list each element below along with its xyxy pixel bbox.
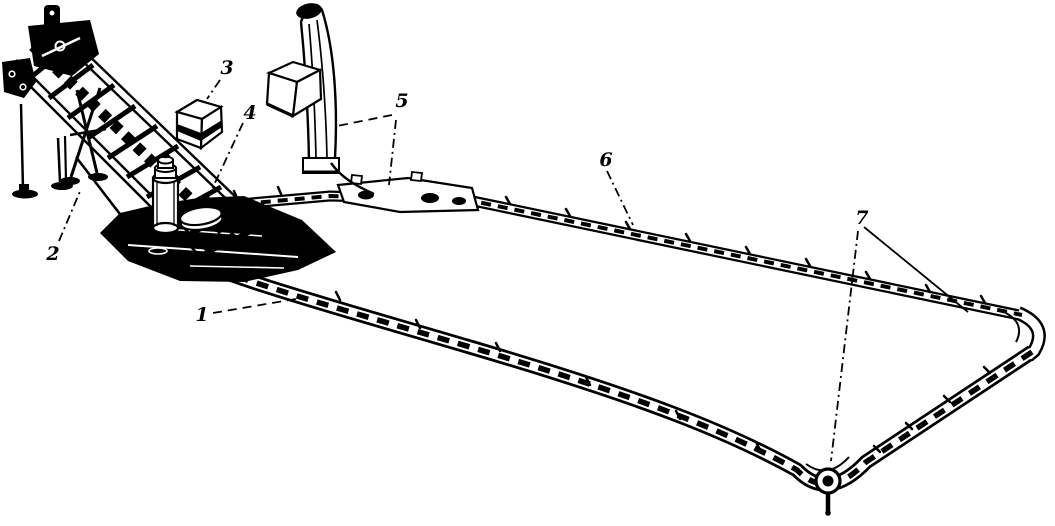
support-leg: [58, 138, 60, 182]
leader-line-5a: [337, 115, 392, 126]
leader-line-2: [59, 189, 81, 241]
cleat-tick: [984, 367, 990, 373]
cleat-tick: [336, 292, 340, 300]
callout-2: 2: [45, 189, 81, 265]
corner-wheel: [816, 469, 840, 516]
conveyor-diagram: 1 2 3 4 5 6 7: [0, 0, 1055, 526]
leader-line-6: [607, 171, 633, 225]
callout-label-4: 4: [243, 102, 256, 124]
callout-label-7: 7: [855, 207, 868, 229]
support-leg: [21, 104, 23, 189]
leader-line-7a: [864, 227, 968, 312]
incline-head: [2, 5, 99, 98]
leader-line-5b: [389, 120, 396, 185]
leader-line-7b: [831, 231, 858, 461]
callout-1: 1: [195, 299, 296, 326]
cleat-tick: [686, 234, 690, 241]
callout-label-3: 3: [220, 57, 233, 79]
corner-wheel-pin-foot: [825, 510, 831, 516]
tension-link: [421, 193, 439, 203]
foot-pad: [88, 173, 108, 181]
control-box: [177, 100, 222, 148]
cleat-tick: [806, 259, 810, 266]
callout-label-2: 2: [45, 243, 59, 265]
tension-link: [452, 197, 466, 205]
callout-label-5: 5: [395, 90, 408, 112]
callout-3: 3: [207, 57, 234, 99]
leader-line-1: [213, 299, 296, 313]
tension-tab: [411, 172, 422, 181]
callout-7: 7: [831, 207, 968, 461]
corner-wheel-hub: [823, 476, 834, 487]
drive-cylinder-knob: [161, 154, 170, 158]
foot-pad: [60, 177, 80, 185]
support-leg: [65, 136, 66, 180]
cleat-tick: [566, 209, 570, 216]
foot-pad: [12, 190, 38, 199]
callout-6: 6: [599, 149, 633, 225]
arch-mast: [267, 1, 374, 194]
callout-label-1: 1: [195, 304, 208, 326]
head-bracket: [2, 58, 36, 98]
figure-canvas: 1 2 3 4 5 6 7: [0, 0, 1055, 526]
cleat-tick: [278, 187, 281, 194]
head-pin-hole: [49, 10, 55, 16]
callout-label-6: 6: [599, 149, 612, 171]
tension-section: [338, 172, 478, 212]
callout-5: 5: [337, 90, 409, 185]
leader-line-3: [207, 80, 220, 99]
